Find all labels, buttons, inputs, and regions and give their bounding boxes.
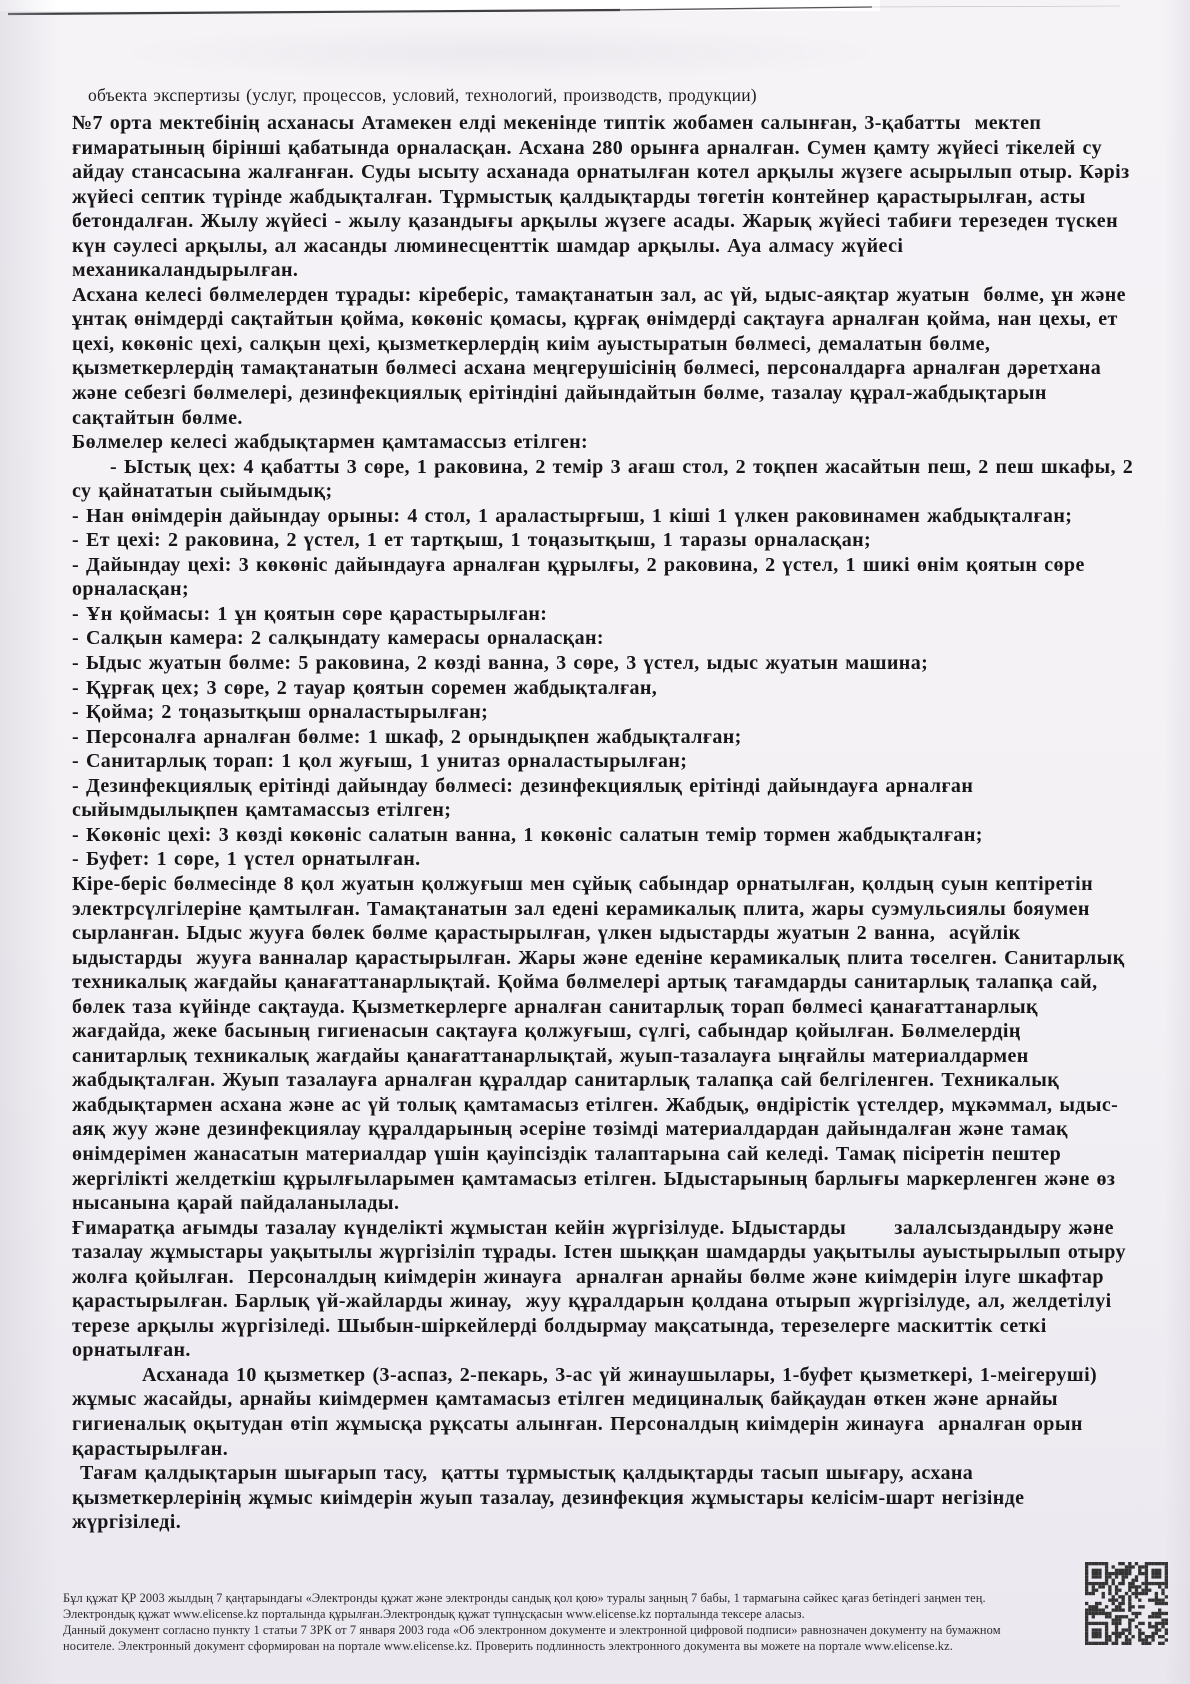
paper-bleed-artifact	[120, 26, 880, 80]
paragraph-sanitary-state: Кіре-беріс бөлмесінде 8 қол жуатын қолжу…	[72, 872, 1135, 1216]
paragraph-waste: Тағам қалдықтарын шығарып тасу, қатты тұ…	[72, 1461, 1135, 1535]
scanned-page: { "doc": { "heading": "объекта экспертиз…	[0, 0, 1190, 1684]
paragraph-rooms: Асхана келесі бөлмелерден тұрады: кіребе…	[72, 283, 1135, 430]
qr-code	[1085, 1562, 1168, 1645]
list-item-storeroom: - Қойма; 2 тоңазытқыш орналастырылған;	[72, 700, 1135, 725]
footer-legal-text: Бұл құжат ҚР 2003 жылдың 7 қаңтарындағы …	[63, 1591, 1075, 1655]
paragraph-equipment-intro: Бөлмелер келесі жабдықтармен қамтамассыз…	[72, 430, 1135, 455]
list-item-dishwashing: - Ыдыс жуатын бөлме: 5 раковина, 2 көзді…	[72, 651, 1135, 676]
scan-shadow-right	[1164, 0, 1190, 1684]
list-item-staff-room: - Персоналға арналған бөлме: 1 шкаф, 2 о…	[72, 725, 1135, 750]
footer-line-ru-2: носителе. Электронный документ сформиров…	[63, 1639, 1075, 1655]
paragraph-staff: Асханада 10 қызметкер (3-аспаз, 2-пекарь…	[72, 1363, 1135, 1461]
list-item-hot-shop: - Ыстық цех: 4 қабатты 3 сөре, 1 раковин…	[72, 455, 1135, 504]
list-item-vegetable-shop: - Көкөніс цехі: 3 көзді көкөніс салатын …	[72, 823, 1135, 848]
list-item-sanitary-unit: - Санитарлық торап: 1 қол жуғыш, 1 унита…	[72, 749, 1135, 774]
list-item-bread: - Нан өнімдерін дайындау орыны: 4 стол, …	[72, 504, 1135, 529]
list-item-meat-shop: - Ет цехі: 2 раковина, 2 үстел, 1 ет тар…	[72, 528, 1135, 553]
paragraph-building: №7 орта мектебінің асханасы Атамекен елд…	[72, 111, 1135, 283]
list-item-prep-shop: - Дайындау цехі: 3 көкөніс дайындауға ар…	[72, 553, 1135, 602]
list-item-disinfection-room: - Дезинфекциялық ерітінді дайындау бөлме…	[72, 774, 1135, 823]
list-item-buffet: - Буфет: 1 сөре, 1 үстел орнатылған.	[72, 847, 1135, 872]
scan-shadow-left	[0, 0, 58, 1684]
list-item-cold-chamber: - Салқын камера: 2 салқындату камерасы о…	[72, 626, 1135, 651]
paragraph-cleaning: Ғимаратқа ағымды тазалау күнделікті жұмы…	[72, 1216, 1135, 1363]
document-body: объекта экспертизы (услуг, процессов, ус…	[72, 84, 1135, 1535]
document-heading: объекта экспертизы (услуг, процессов, ус…	[72, 84, 1135, 107]
scanner-edge-white	[0, 0, 880, 11]
list-item-dry-shop: - Құрғақ цех; 3 сөре, 2 тауар қоятын сор…	[72, 676, 1135, 701]
footer-line-kz-2: Электрондық құжат www.elicense.kz портал…	[63, 1607, 1075, 1623]
footer-line-kz-1: Бұл құжат ҚР 2003 жылдың 7 қаңтарындағы …	[63, 1591, 1075, 1607]
list-item-flour-store: - Ұн қоймасы: 1 ұн қоятын сөре қарастыры…	[72, 602, 1135, 627]
footer-line-ru-1: Данный документ согласно пункту 1 статьи…	[63, 1623, 1075, 1639]
